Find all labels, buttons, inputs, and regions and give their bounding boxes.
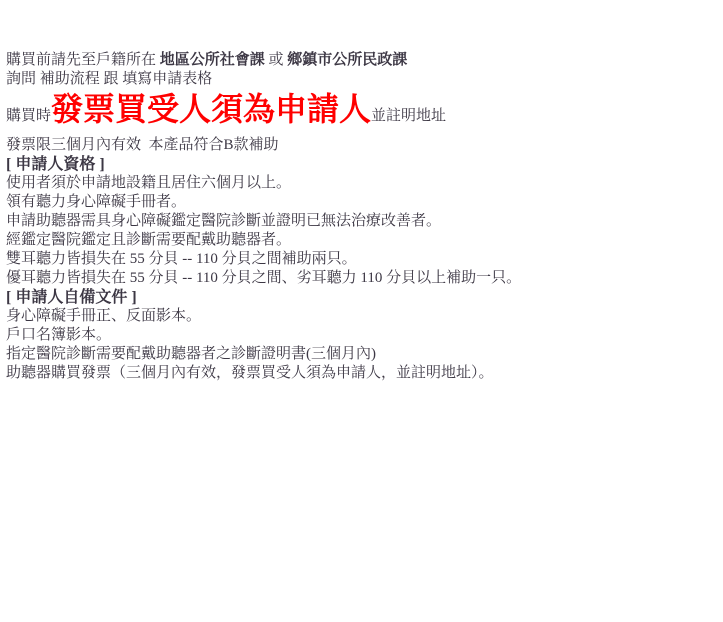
district-office-social-affairs-text: 地區公所社會課 [160,52,265,68]
document-line: 指定醫院診斷需要配戴助聽器者之診斷證明書(三個月內) [6,345,713,364]
qualification-line: 優耳聽力皆損失在 55 分貝 -- 110 分貝之間、劣耳聽力 110 分貝以上… [6,269,713,288]
document-line: 身心障礙手冊正、反面影本。 [6,307,713,326]
section-heading-applicant-documents: [ 申請人自備文件 ] [6,288,713,307]
qualification-line: 申請助聽器需具身心障礙鑑定醫院診斷並證明已無法治療改善者。 [6,212,713,231]
qualification-line: 雙耳聽力皆損失在 55 分貝 -- 110 分貝之間補助兩只。 [6,250,713,269]
invoice-buyer-highlight-text: 發票買受人須為申請人 [51,91,371,127]
document-line: 助聽器購買發票（三個月內有效，發票買受人須為申請人，並註明地址）。 [6,364,713,383]
invoice-validity-line: 發票限三個月內有效 本產品符合B款補助 [6,136,713,155]
inquiry-process-line: 詢問 補助流程 跟 填寫申請表格 [6,70,713,89]
township-office-civil-affairs-text: 鄉鎮市公所民政課 [287,52,407,68]
purchase-office-line: 購買前請先至戶籍所在 地區公所社會課 或 鄉鎮市公所民政課 [6,51,713,70]
line3-suffix-text: 並註明地址 [371,108,446,124]
hearing-aid-subsidy-document: 購買前請先至戶籍所在 地區公所社會課 或 鄉鎮市公所民政課 詢問 補助流程 跟 … [0,0,723,622]
line1-prefix-text: 購買前請先至戶籍所在 [6,52,160,68]
document-line: 戶口名簿影本。 [6,326,713,345]
invoice-buyer-line: 購買時發票買受人須為申請人並註明地址 [6,89,713,136]
line3-prefix-text: 購買時 [6,108,51,124]
qualification-line: 經鑑定醫院鑑定且診斷需要配戴助聽器者。 [6,231,713,250]
qualification-line: 領有聽力身心障礙手冊者。 [6,193,713,212]
qualification-line: 使用者須於申請地設籍且居住六個月以上。 [6,174,713,193]
section-heading-applicant-qualification: [ 申請人資格 ] [6,155,713,174]
line1-or-text: 或 [265,52,288,68]
